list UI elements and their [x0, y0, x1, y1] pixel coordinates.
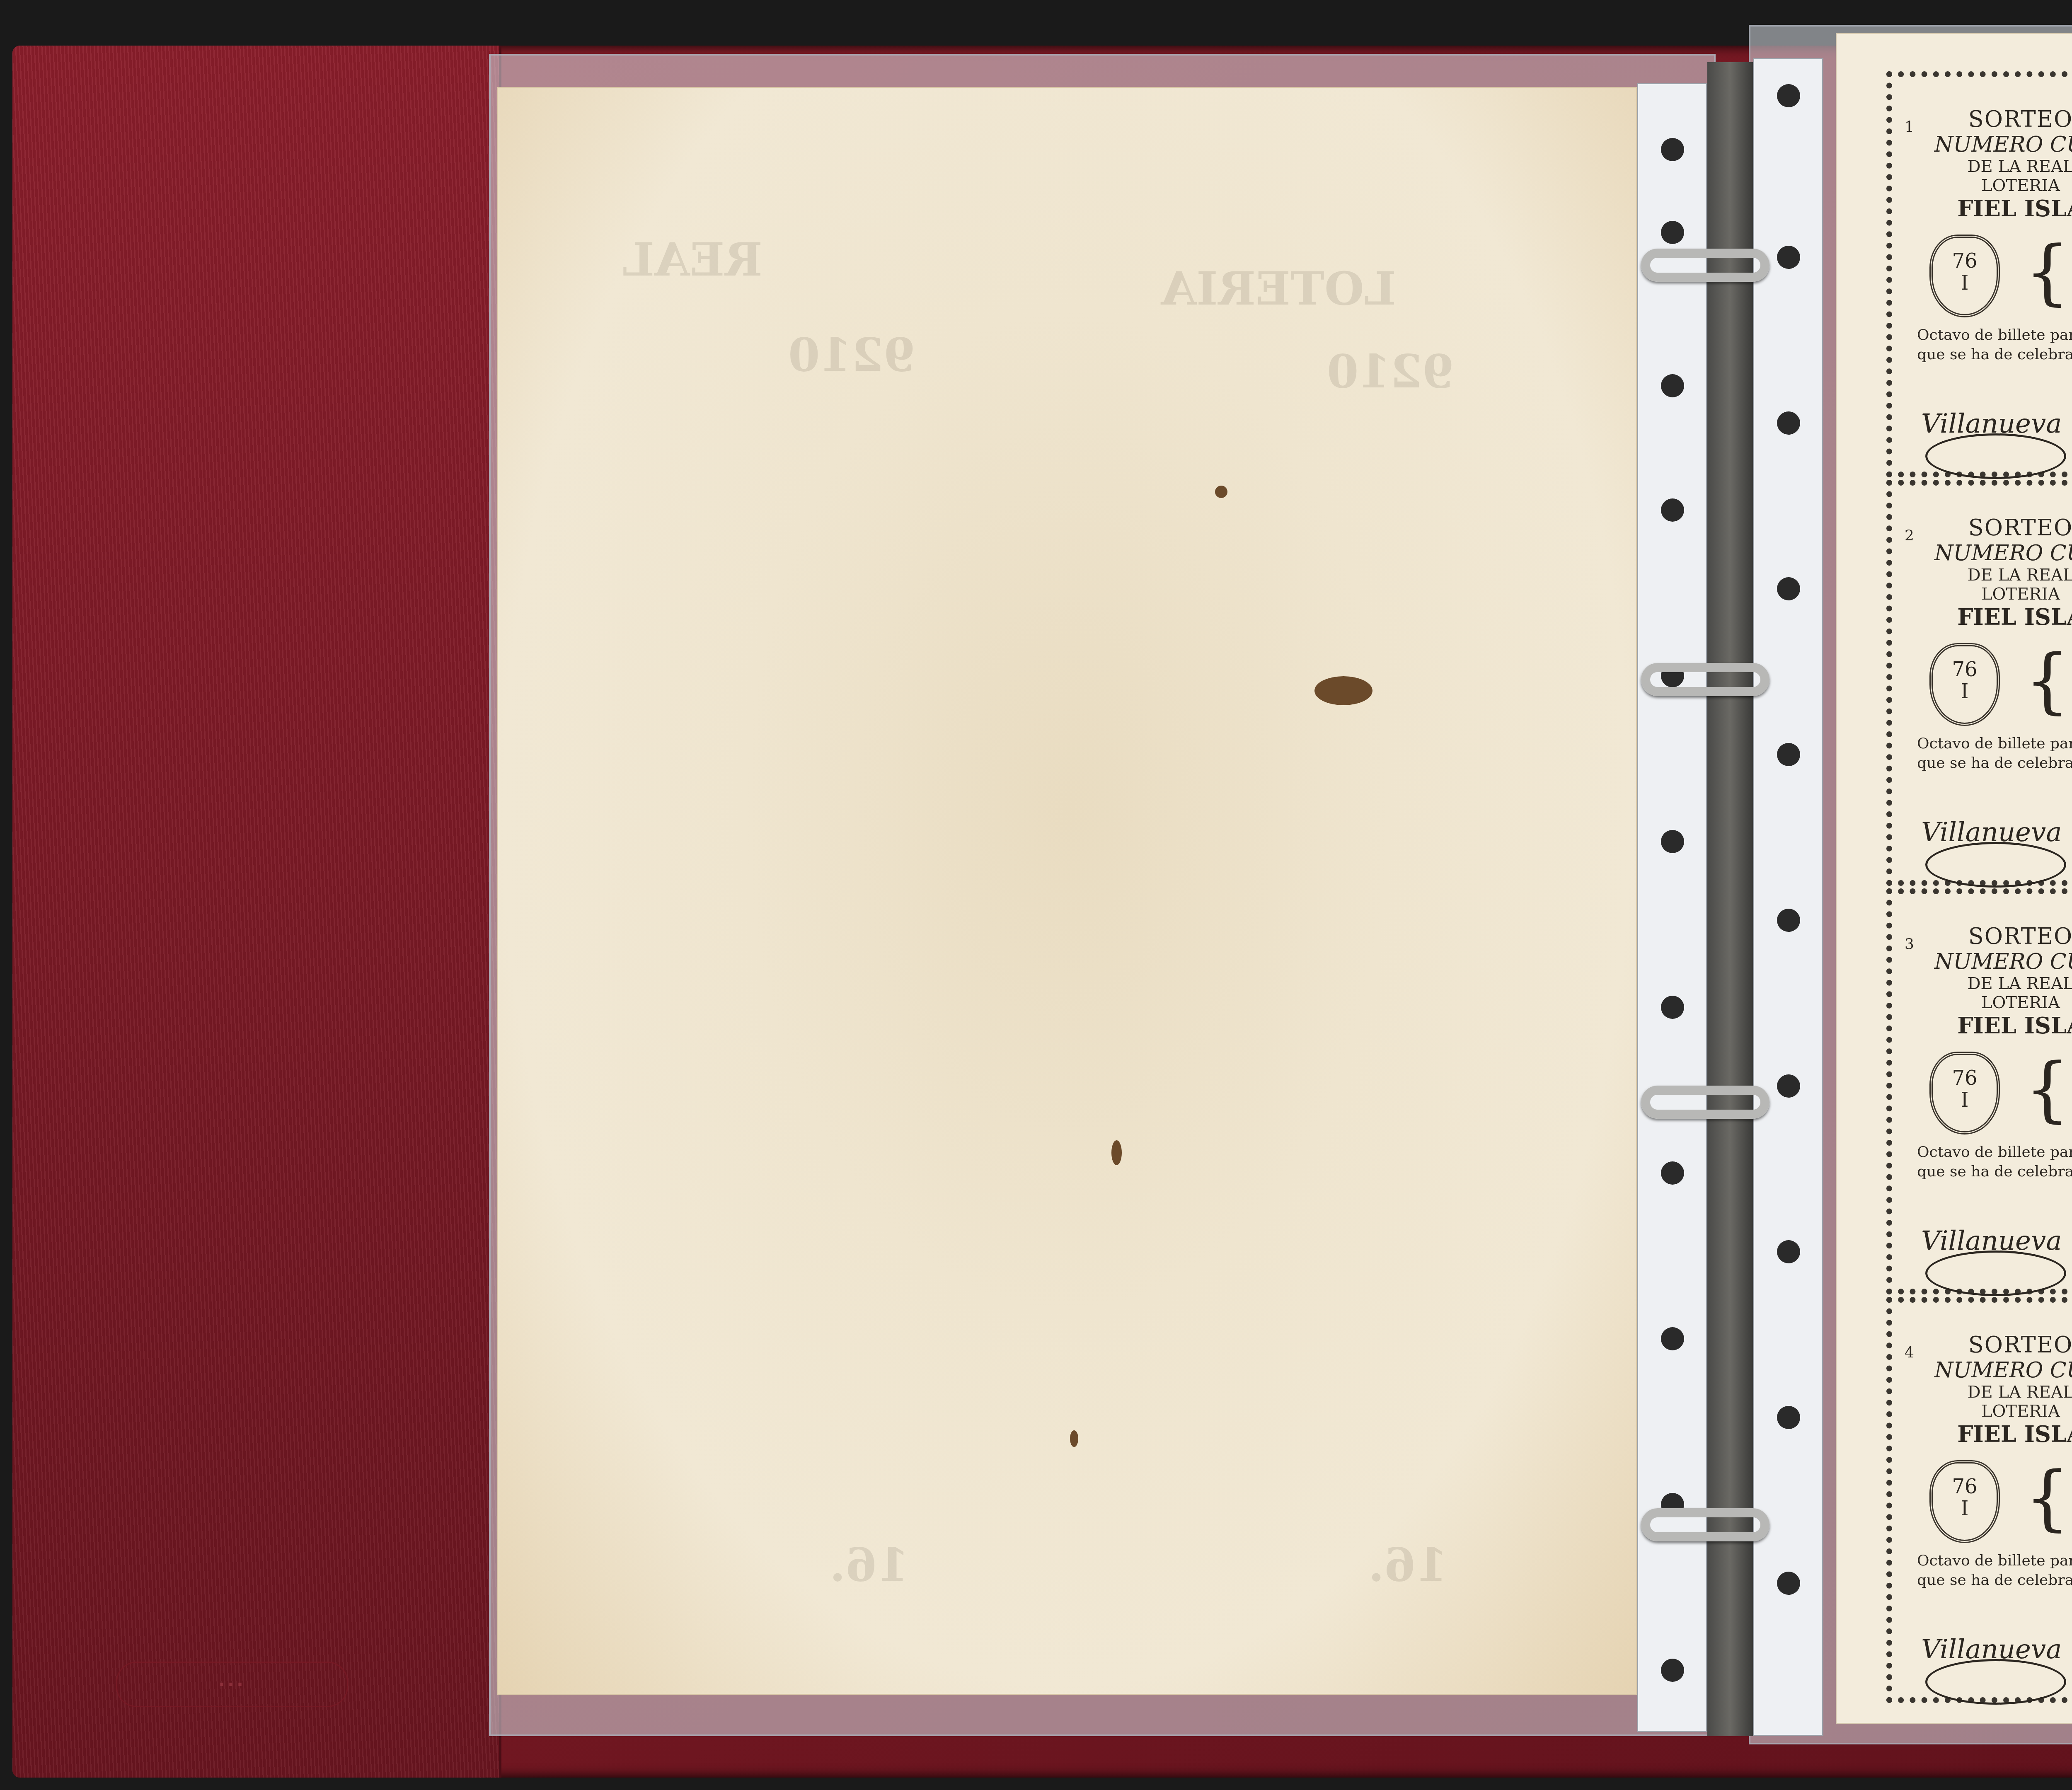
lottery-ticket: 1 SORTEO NUMERO CUA- DE LA REAL LOTERIA …	[1886, 71, 2072, 477]
ticket-index: 4	[1905, 1344, 1914, 1361]
punch-hole	[1661, 996, 1684, 1019]
binder-ring[interactable]	[1641, 663, 1769, 696]
signature-flourish	[1925, 1251, 2066, 1296]
punched-strip-left	[1637, 83, 1707, 1732]
binder-front-cover: ···	[12, 46, 501, 1778]
ticket-index: 2	[1905, 527, 1914, 544]
show-through-text: LOTERIA	[1161, 262, 1396, 315]
cover-emboss-logo: ···	[116, 1662, 348, 1707]
punch-hole	[1777, 743, 1800, 766]
ticket-body-text: Octavo de billete para el sorteo cuarent…	[1917, 734, 2072, 773]
punch-hole	[1661, 1659, 1684, 1682]
fiel-isla-label: FIEL ISLA	[1929, 195, 2072, 222]
punch-hole	[1661, 374, 1684, 397]
show-through-text: 9210	[1327, 345, 1454, 398]
numero-label: NUMERO CUA-	[1929, 132, 2072, 157]
ticket-index: 3	[1905, 936, 1914, 953]
real-loteria-label: DE LA REAL LOTERIA	[1929, 157, 2072, 195]
fiel-isla-label: FIEL ISLA	[1929, 604, 2072, 630]
serial-stamp: 76 I	[1929, 1052, 2000, 1134]
binder-ring[interactable]	[1641, 249, 1769, 282]
sorteo-label: SORTEO	[1929, 1332, 2072, 1358]
binder-ring[interactable]	[1641, 1086, 1769, 1119]
show-through-text: 16.	[830, 1538, 909, 1592]
punch-hole	[1661, 498, 1684, 522]
real-loteria-label: DE LA REAL LOTERIA	[1929, 566, 2072, 604]
ticket-number: 19581	[2025, 1456, 2072, 1539]
punch-hole	[1661, 138, 1684, 161]
numero-label: NUMERO CUA-	[1929, 949, 2072, 974]
lottery-ticket: 2 SORTEO NUMERO CUA- DE LA REAL LOTERIA …	[1886, 480, 2072, 886]
numero-label: NUMERO CUA-	[1929, 1358, 2072, 1383]
punch-hole	[1777, 909, 1800, 932]
lottery-ticket: 4 SORTEO NUMERO CUA- DE LA REAL LOTERIA …	[1886, 1297, 2072, 1703]
binder-ring[interactable]	[1641, 1508, 1769, 1541]
punch-hole	[1777, 577, 1800, 600]
punch-hole	[1777, 1240, 1800, 1263]
stain	[1314, 676, 1372, 705]
punch-hole	[1661, 830, 1684, 853]
punch-hole	[1777, 246, 1800, 269]
punch-hole	[1777, 84, 1800, 107]
real-loteria-label: DE LA REAL LOTERIA	[1929, 1383, 2072, 1421]
punch-hole	[1661, 1161, 1684, 1185]
show-through-text: 16.	[1368, 1538, 1447, 1592]
punch-hole	[1777, 1572, 1800, 1595]
ticket-header-left: SORTEO NUMERO CUA- DE LA REAL LOTERIA FI…	[1929, 106, 2072, 222]
numero-label: NUMERO CUA-	[1929, 541, 2072, 566]
punch-hole	[1777, 411, 1800, 435]
ticket-number: 19581	[2025, 639, 2072, 722]
fiel-isla-label: FIEL ISLA	[1929, 1421, 2072, 1447]
show-through-text: 9210	[788, 328, 915, 382]
ticket-number: 19581	[2025, 230, 2072, 313]
punch-hole	[1777, 1074, 1800, 1098]
sorteo-label: SORTEO	[1929, 923, 2072, 949]
ticket-header-left: SORTEO NUMERO CUA- DE LA REAL LOTERIA FI…	[1929, 923, 2072, 1039]
punch-hole	[1661, 221, 1684, 244]
right-page-ticket-sheet: 1 SORTEO NUMERO CUA- DE LA REAL LOTERIA …	[1836, 33, 2072, 1724]
show-through-text: REAL	[622, 233, 762, 286]
signature-flourish	[1925, 842, 2066, 888]
stain	[1070, 1430, 1078, 1447]
fiel-isla-label: FIEL ISLA	[1929, 1012, 2072, 1039]
ticket-body-text: Octavo de billete para el sorteo cuarent…	[1917, 326, 2072, 365]
stain	[1111, 1140, 1122, 1165]
punch-hole	[1777, 1406, 1800, 1429]
serial-stamp: 76 I	[1929, 1460, 2000, 1543]
ticket-grid: 1 SORTEO NUMERO CUA- DE LA REAL LOTERIA …	[1886, 71, 2072, 1705]
signature-flourish	[1925, 1659, 2066, 1705]
ticket-header-left: SORTEO NUMERO CUA- DE LA REAL LOTERIA FI…	[1929, 515, 2072, 630]
punched-strip-right	[1753, 58, 1823, 1736]
left-page-reverse-sheet: REAL LOTERIA 9210 9210 16. 16.	[497, 87, 1637, 1695]
punch-hole	[1661, 1327, 1684, 1350]
ticket-body-text: Octavo de billete para el sorteo cuarent…	[1917, 1143, 2072, 1182]
ticket-header-left: SORTEO NUMERO CUA- DE LA REAL LOTERIA FI…	[1929, 1332, 2072, 1447]
lottery-ticket: 3 SORTEO NUMERO CUA- DE LA REAL LOTERIA …	[1886, 888, 2072, 1294]
signature-flourish	[1925, 433, 2066, 479]
stain	[1215, 486, 1227, 498]
ticket-body-text: Octavo de billete para el sorteo cuarent…	[1917, 1551, 2072, 1590]
binder-spine	[1707, 62, 1753, 1736]
sorteo-label: SORTEO	[1929, 515, 2072, 541]
serial-stamp: 76 I	[1929, 643, 2000, 726]
ticket-index: 1	[1905, 119, 1914, 135]
serial-stamp: 76 I	[1929, 235, 2000, 317]
ticket-number: 19581	[2025, 1047, 2072, 1130]
sorteo-label: SORTEO	[1929, 106, 2072, 132]
real-loteria-label: DE LA REAL LOTERIA	[1929, 974, 2072, 1012]
